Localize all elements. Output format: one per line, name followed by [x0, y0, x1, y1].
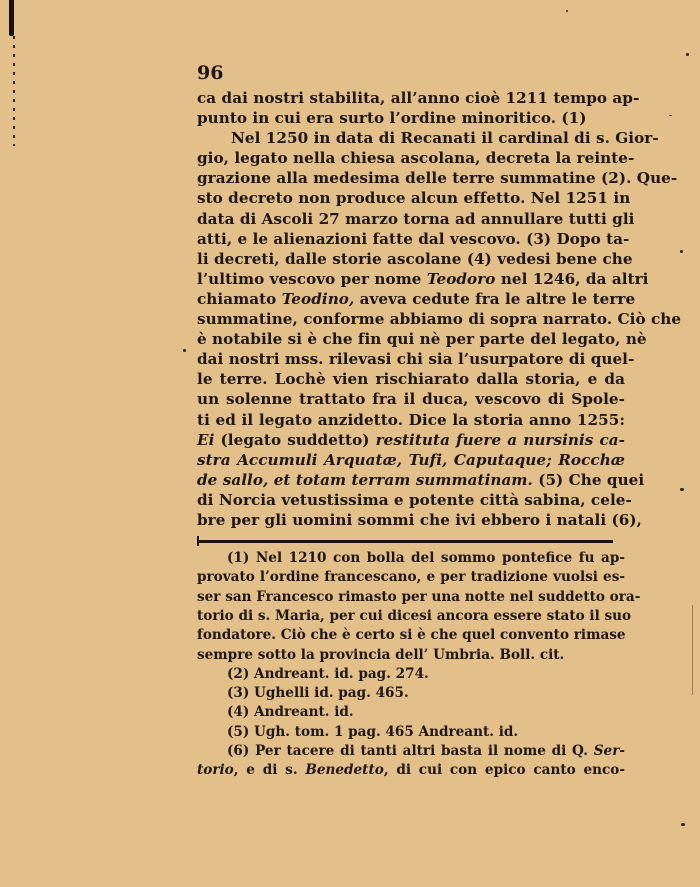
text-line: summatine, conforme abbiamo di sopra nar… — [197, 309, 625, 329]
text-line: bre per gli uomini sommi che ivi ebbero … — [197, 510, 625, 530]
footnote-5: (5) Ugh. tom. 1 pag. 465 Andreant. id. — [197, 723, 625, 742]
latin-quote: de sallo, et totam terram summatinam. — [197, 471, 533, 489]
scan-speck — [183, 349, 186, 352]
text-line: data di Ascoli 27 marzo torna ad annulla… — [197, 209, 625, 229]
footnote-4: (4) Andreant. id. — [197, 703, 625, 722]
text-line: punto in cui era surto l’ordine minoriti… — [197, 108, 625, 128]
footnote-2: (2) Andreant. id. pag. 274. — [197, 665, 625, 684]
body-text: ca dai nostri stabilita, all’anno cioè 1… — [197, 88, 625, 530]
footnotes: (1) Nel 1210 con bolla del sommo pontefi… — [197, 549, 625, 781]
footnote-line: torio, e di s. Benedetto, di cui con epi… — [197, 761, 625, 780]
text-line: è notabile si è che fin qui nè per parte… — [197, 329, 625, 349]
footnote-line: provato l’ordine francescano, e per trad… — [197, 568, 625, 587]
footnote-line: ser san Francesco rimasto per una notte … — [197, 588, 625, 607]
text-line-latin: stra Accumuli Arquatæ, Tufi, Caputaque; … — [197, 450, 625, 470]
text-line: Ei (legato suddetto) restituta fuere a n… — [197, 430, 625, 450]
text-line: chiamato Teodino, aveva cedute fra le al… — [197, 289, 625, 309]
footnote-line: torio di s. Maria, per cui dicesi ancora… — [197, 607, 625, 626]
text-line: ti ed il legato anzidetto. Dice la stori… — [197, 410, 625, 430]
text-line: di Norcia vetustissima e potente città s… — [197, 490, 625, 510]
text-line: dai nostri mss. rilevasi chi sia l’usurp… — [197, 349, 625, 369]
italic-name-teodoro: Teodoro — [427, 270, 496, 288]
text-line: sto decreto non produce alcun effetto. N… — [197, 188, 625, 208]
footnote-6: (6) Per tacere di tanti altri basta il n… — [197, 742, 625, 781]
scan-edge-mark — [9, 0, 14, 36]
footnote-line: fondatore. Ciò che è certo si è che quel… — [197, 626, 625, 645]
text-line: ca dai nostri stabilita, all’anno cioè 1… — [197, 88, 625, 108]
text-line: grazione alla medesima delle terre summa… — [197, 168, 625, 188]
text-line: Nel 1250 in data di Recanati il cardinal… — [197, 128, 625, 148]
text-line: atti, e le alienazioni fatte dal vescovo… — [197, 229, 625, 249]
footnote-separator-rule — [197, 540, 613, 543]
footnote-3: (3) Ughelli id. pag. 465. — [197, 684, 625, 703]
scan-edge-dots — [13, 36, 15, 146]
text-line: le terre. Lochè vien rischiarato dalla s… — [197, 369, 625, 389]
footnote-1: (1) Nel 1210 con bolla del sommo pontefi… — [197, 549, 625, 665]
text-line: un solenne trattato fra il duca, vescovo… — [197, 389, 625, 409]
text-line: li decreti, dalle storie ascolane (4) ve… — [197, 249, 625, 269]
text-line: de sallo, et totam terram summatinam. (5… — [197, 470, 625, 490]
scan-speck — [669, 115, 672, 116]
scan-speck — [681, 823, 685, 826]
scan-speck — [680, 250, 683, 253]
scan-speck — [686, 53, 689, 56]
scan-speck — [566, 10, 568, 12]
scan-speck — [680, 488, 684, 491]
footnote-line: sempre sotto la provincia dell’ Umbria. … — [197, 646, 625, 665]
book-page: 96 ca dai nostri stabilita, all’anno cio… — [197, 62, 625, 781]
text-line: gio, legato nella chiesa ascolana, decre… — [197, 148, 625, 168]
footnote-line: (1) Nel 1210 con bolla del sommo pontefi… — [197, 549, 625, 568]
latin-quote: restituta fuere a nursinis ca- — [376, 431, 625, 449]
footnote-line: (6) Per tacere di tanti altri basta il n… — [197, 742, 625, 761]
page-number: 96 — [197, 62, 625, 88]
italic-name-teodino: Teodino, — [282, 290, 355, 308]
scan-artifact-line — [692, 605, 693, 695]
text-line: l’ultimo vescovo per nome Teodoro nel 12… — [197, 269, 625, 289]
